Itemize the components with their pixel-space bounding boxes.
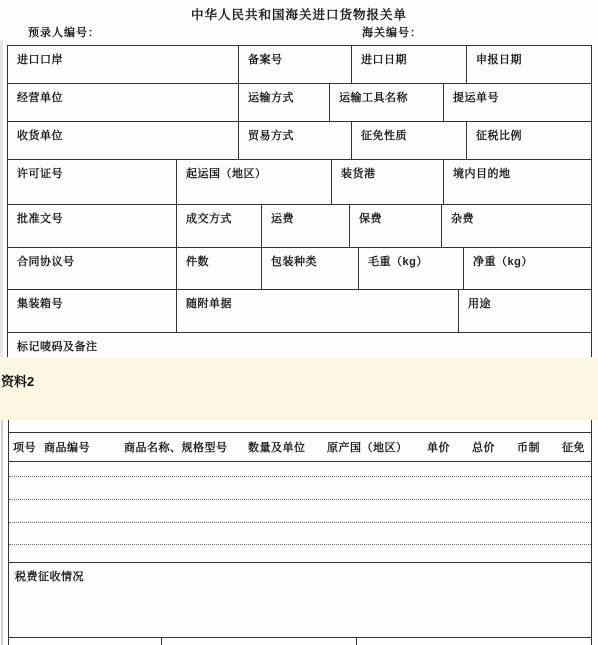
scan-edge-artifact	[1, 418, 3, 645]
dotted-row-line	[9, 476, 591, 477]
table-row: 进口口岸 备案号 进口日期 申报日期	[8, 46, 591, 84]
field-contract-agreement-no: 合同协议号	[8, 248, 176, 289]
table-row: 经营单位 运输方式 运输工具名称 提运单号	[8, 84, 591, 122]
table-row: 收货单位 贸易方式 征免性质 征税比例	[8, 122, 591, 160]
field-freight: 运费	[261, 205, 349, 247]
field-insurance-fee: 保费	[349, 205, 441, 247]
field-package-type: 包装种类	[261, 248, 358, 289]
table-border-line	[9, 637, 591, 638]
column-divider	[356, 637, 357, 645]
column-unit-price: 单价	[427, 439, 450, 455]
field-consignee-unit: 收货单位	[8, 122, 238, 159]
field-record-no: 备案号	[238, 46, 351, 83]
field-attached-documents: 随附单据	[176, 290, 458, 332]
column-origin-country: 原产国（地区）	[327, 439, 408, 455]
field-transport-mode: 运输方式	[238, 84, 329, 121]
table-border-line	[9, 562, 591, 563]
declaration-header-table: 进口口岸 备案号 进口日期 申报日期 经营单位 运输方式 运输工具名称 提运单号…	[7, 45, 592, 357]
goods-detail-table: 项号 商品编号 商品名称、规格型号 数量及单位 原产国（地区） 单价 总价 币制…	[8, 420, 592, 645]
column-quantity-unit: 数量及单位	[248, 439, 306, 455]
field-piece-count: 件数	[176, 248, 261, 289]
customs-declaration-document: 中华人民共和国海关进口货物报关单 预录人编号： 海关编号： 进口口岸 备案号 进…	[0, 0, 598, 645]
column-item-no: 项号	[13, 439, 36, 455]
field-transaction-mode: 成交方式	[176, 205, 261, 247]
customs-number-label: 海关编号：	[362, 24, 422, 40]
table-row: 合同协议号 件数 包装种类 毛重（kg） 净重（kg）	[8, 248, 591, 290]
field-import-date: 进口日期	[351, 46, 466, 83]
column-commodity-code: 商品编号	[44, 439, 90, 455]
dotted-row-line	[9, 544, 591, 545]
table-row: 许可证号 起运国（地区） 装货港 境内目的地	[8, 160, 591, 205]
field-port-of-entry: 进口口岸	[8, 46, 238, 83]
field-license-no: 许可证号	[8, 160, 176, 204]
section2-label: 资料2	[1, 371, 34, 390]
table-row: 批准文号 成交方式 运费 保费 杂费	[8, 205, 591, 248]
table-border-line	[9, 461, 591, 462]
pre-entry-number-label: 预录人编号：	[28, 24, 100, 40]
column-currency: 币制	[517, 439, 540, 455]
field-gross-weight: 毛重（kg）	[358, 248, 463, 289]
column-commodity-name-spec: 商品名称、规格型号	[124, 439, 228, 455]
field-operating-unit: 经营单位	[8, 84, 238, 121]
field-declaration-date: 申报日期	[466, 46, 591, 83]
field-net-weight: 净重（kg）	[463, 248, 591, 289]
field-tax-ratio: 征税比例	[466, 122, 591, 159]
dotted-row-line	[9, 522, 591, 523]
column-levy-exemption: 征免	[562, 439, 585, 455]
table-row: 集装箱号 随附单据 用途	[8, 290, 591, 333]
table-border-line	[9, 432, 591, 433]
field-domestic-destination: 境内目的地	[443, 160, 591, 204]
field-purpose: 用途	[458, 290, 591, 332]
field-bill-of-lading-no: 提运单号	[443, 84, 591, 121]
tax-collection-section-label: 税费征收情况	[15, 568, 84, 584]
table-row: 标记唛码及备注	[8, 333, 591, 357]
dotted-row-line	[9, 499, 591, 500]
field-departure-country: 起运国（地区）	[176, 160, 331, 204]
field-trade-mode: 贸易方式	[238, 122, 351, 159]
column-divider	[161, 637, 162, 645]
page-title: 中华人民共和国海关进口货物报关单	[0, 5, 598, 23]
scan-edge-artifact	[0, 40, 3, 360]
field-loading-port: 装货港	[331, 160, 443, 204]
field-misc-fee: 杂费	[441, 205, 591, 247]
field-transport-tool-name: 运输工具名称	[329, 84, 443, 121]
field-marks-and-remarks: 标记唛码及备注	[8, 333, 591, 357]
field-levy-exemption-nature: 征免性质	[351, 122, 466, 159]
field-approval-doc-no: 批准文号	[8, 205, 176, 247]
section2-band: 资料2	[0, 357, 598, 420]
field-container-no: 集装箱号	[8, 290, 176, 332]
column-total-price: 总价	[472, 439, 495, 455]
